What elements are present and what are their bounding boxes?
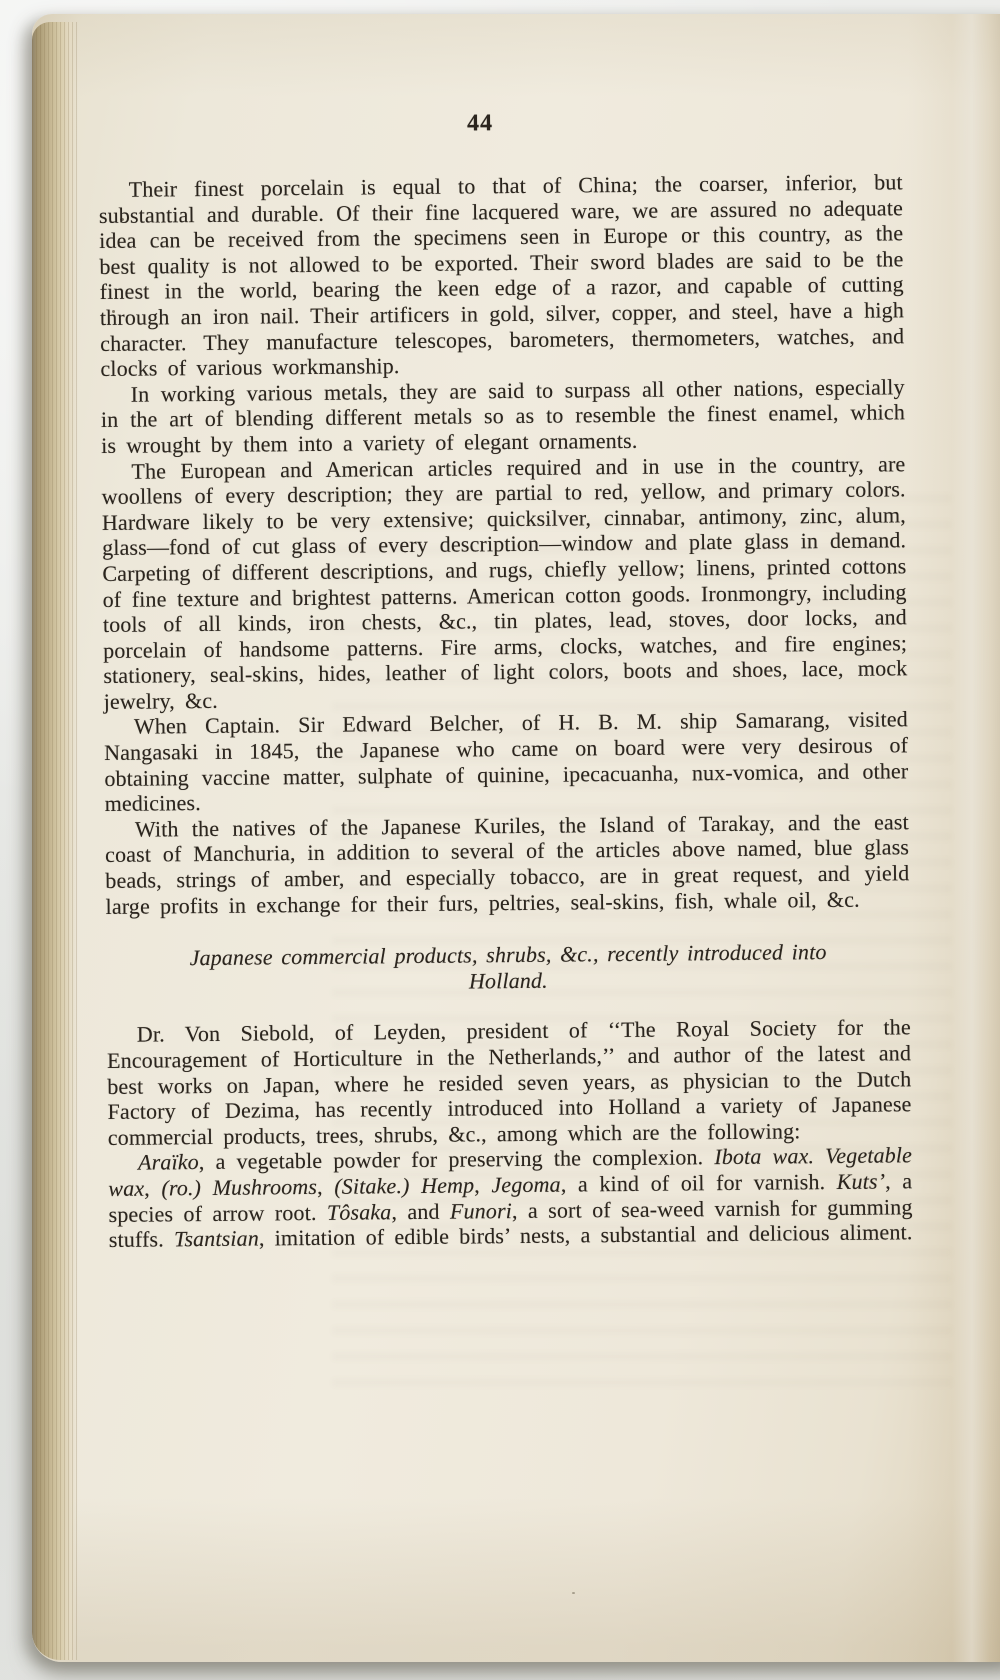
text-run: Japanese commercial products, shrubs, &c…	[190, 939, 827, 970]
text-run: The European and American articles requi…	[102, 451, 908, 714]
italic-term: Hemp	[421, 1172, 474, 1198]
paragraph: The European and American articles requi…	[101, 451, 907, 715]
text-run: Holland.	[469, 968, 548, 994]
paragraph: Dr. Von Siebold, of Leyden, president of…	[107, 1015, 912, 1151]
page-edge-stack	[32, 22, 78, 1660]
paragraph: Their finest porcelain is equal to that …	[99, 169, 905, 381]
text-run	[201, 1175, 213, 1200]
italic-term: Araïko	[138, 1149, 199, 1175]
book-page: 44 Their finest porcelain is equal to th…	[32, 14, 1000, 1662]
section-heading: Japanese commercial products, shrubs, &c…	[106, 938, 910, 997]
text-run: When Captain. Sir Edward Belcher, of H. …	[104, 707, 908, 816]
text-run: , and	[391, 1198, 450, 1224]
text-run: With the natives of the Japanese Kuriles…	[105, 809, 909, 918]
italic-term: Tsantsian	[174, 1226, 259, 1252]
text-run: , imitation of edible birds’ nests, a su…	[259, 1219, 913, 1250]
italic-term: (ro.)	[161, 1175, 201, 1200]
italic-term: (Sitake.)	[334, 1173, 410, 1199]
page-content: 44 Their finest porcelain is equal to th…	[98, 106, 913, 1252]
text-run: Their finest porcelain is equal to that …	[99, 169, 904, 381]
gutter-curve-shading	[908, 14, 1000, 1662]
italic-term: Kuts’	[837, 1168, 886, 1193]
text-run: Dr. Von Siebold, of Leyden, president of…	[107, 1015, 912, 1150]
italic-term: Jegoma	[491, 1172, 561, 1198]
text-run: ,	[474, 1172, 491, 1197]
text-run: ,	[144, 1175, 161, 1200]
page-number: 44	[98, 107, 862, 141]
paragraph: In working various metals, they are said…	[101, 374, 906, 458]
paragraph: When Captain. Sir Edward Belcher, of H. …	[104, 707, 909, 817]
paper-speck	[572, 1592, 575, 1594]
text-run: In working various metals, they are said…	[101, 374, 905, 458]
text-run: ,	[317, 1174, 334, 1199]
photo-background: 44 Their finest porcelain is equal to th…	[0, 0, 1000, 1680]
text-run: , a kind of oil for varnish.	[561, 1169, 837, 1197]
italic-term: Tôsaka	[327, 1199, 392, 1225]
paragraph: Araïko, a vegetable powder for preservin…	[108, 1143, 913, 1253]
text-run	[409, 1173, 421, 1198]
paragraph: With the natives of the Japanese Kuriles…	[105, 809, 910, 919]
italic-term: Funori	[450, 1198, 512, 1224]
text-block: Their finest porcelain is equal to that …	[99, 169, 913, 1252]
italic-term: Mushrooms	[213, 1174, 318, 1200]
